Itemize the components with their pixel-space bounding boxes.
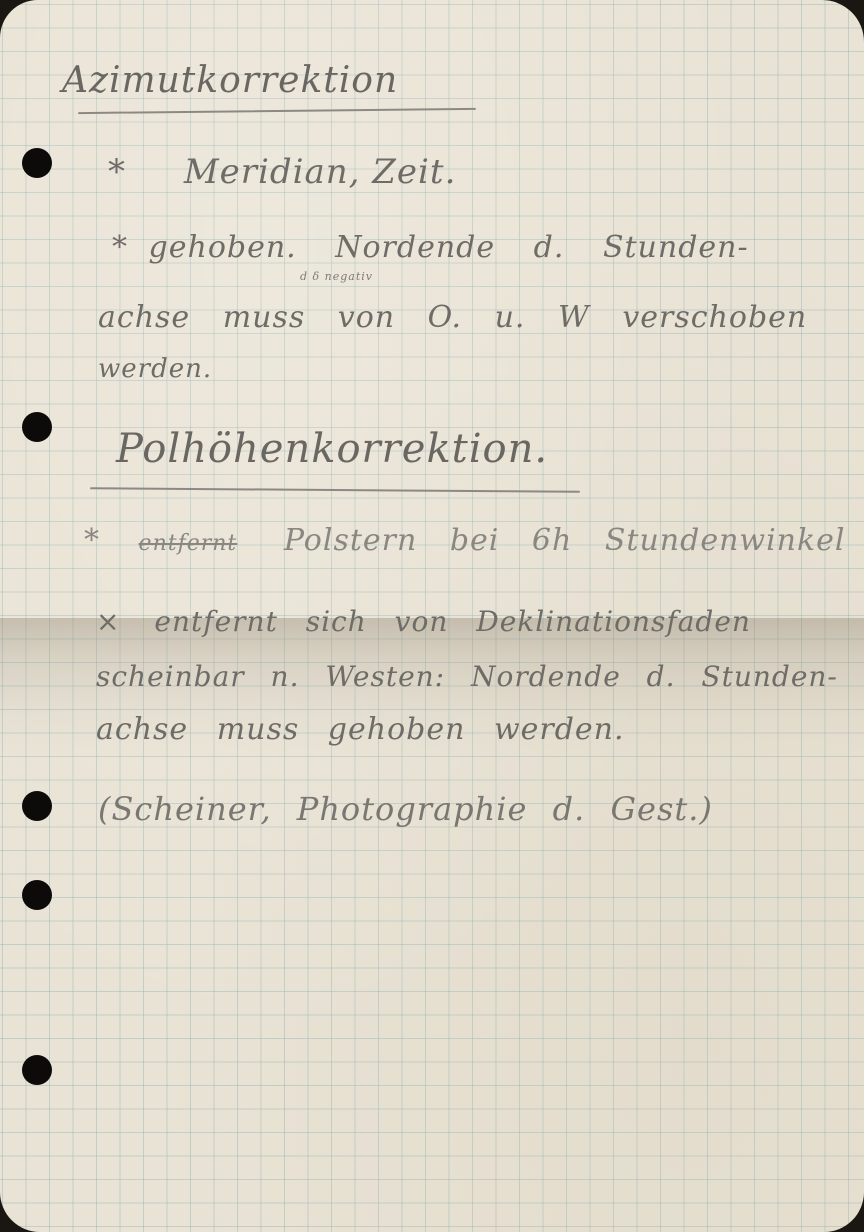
asterisk-marker: * [108, 152, 126, 192]
section-heading-azimuth: Azimutkorrektion [62, 60, 398, 101]
punch-hole-icon [22, 791, 52, 821]
note-line: achse muss gehoben werden. [96, 712, 625, 747]
asterisk-marker: * [112, 230, 128, 265]
section-heading-polar-altitude: Polhöhenkorrektion. [116, 426, 548, 472]
graph-paper-sheet: Azimutkorrektion * Meridian, Zeit. * geh… [0, 0, 864, 1232]
note-line: werden. [98, 354, 212, 384]
note-text: Meridian, Zeit. [184, 152, 457, 192]
note-text: Polstern bei 6h Stundenwinkel [284, 523, 846, 558]
asterisk-marker: * [84, 523, 100, 558]
note-line: * entfernt Polstern bei 6h Stundenwinkel [84, 523, 846, 558]
note-text: gehoben. Nordende d. Stunden- [149, 230, 749, 265]
cross-marker: × [96, 605, 120, 638]
struck-text: entfernt [139, 531, 238, 556]
note-line: scheinbar n. Westen: Nordende d. Stunden… [96, 660, 838, 693]
note-line: * Meridian, Zeit. [108, 152, 456, 192]
note-line: * gehoben. Nordende d. Stunden- [112, 230, 749, 265]
punch-hole-icon [22, 412, 52, 442]
margin-annotation: d δ negativ [300, 270, 373, 283]
note-line: × entfernt sich von Deklinationsfaden [96, 605, 751, 638]
heading-underline [78, 108, 476, 114]
note-text: entfernt sich von Deklinationsfaden [154, 605, 751, 638]
punch-hole-icon [22, 148, 52, 178]
punch-hole-icon [22, 880, 52, 910]
citation-text: (Scheiner, Photographie d. Gest.) [98, 790, 713, 828]
heading-underline [90, 487, 580, 492]
note-line: achse muss von O. u. W verschoben [98, 300, 807, 335]
punch-hole-icon [22, 1055, 52, 1085]
